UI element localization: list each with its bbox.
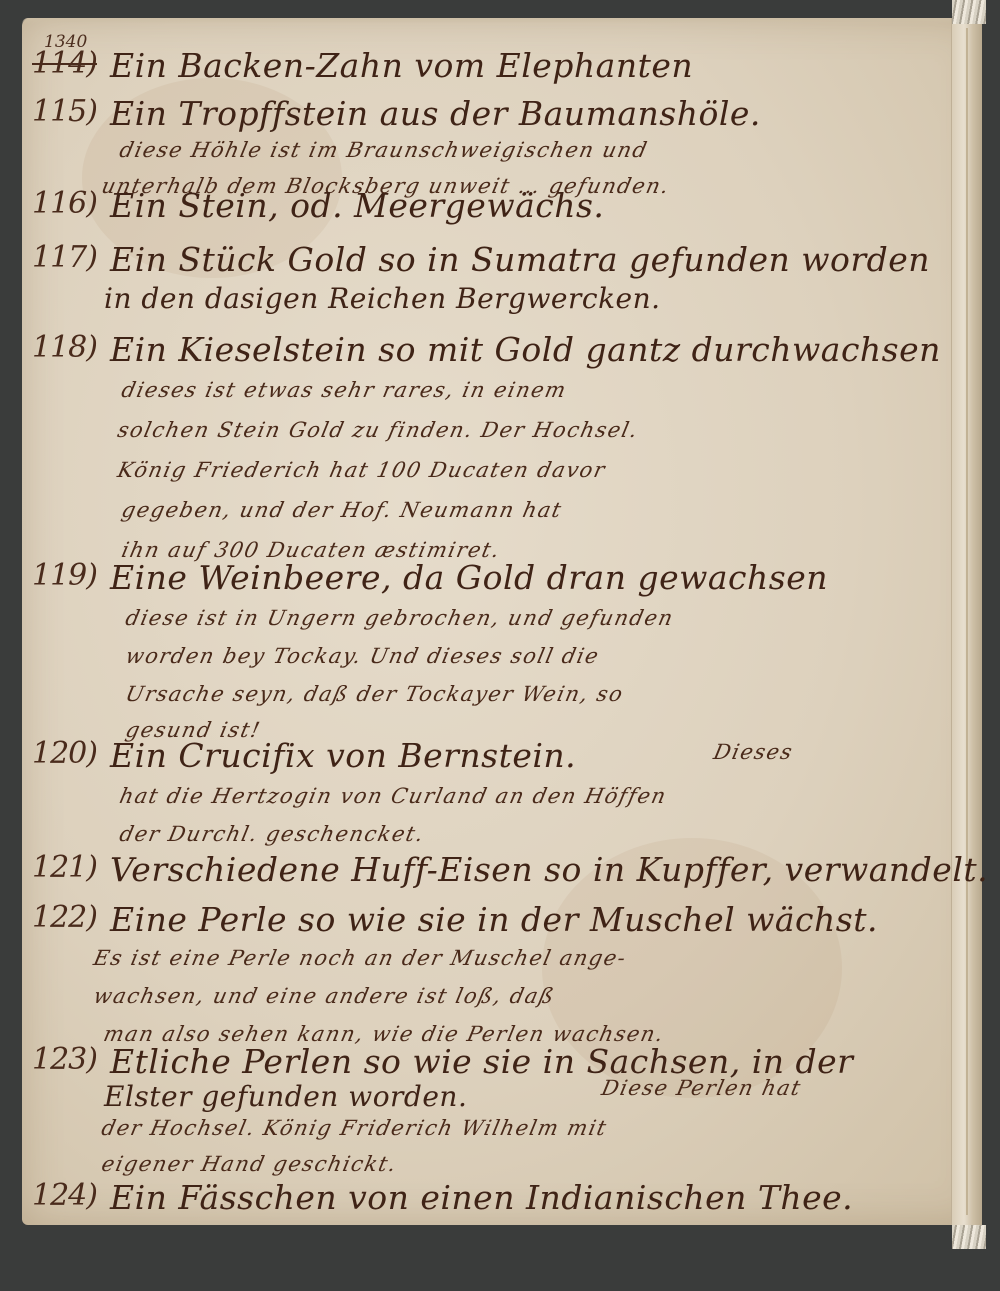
entry-note: diese Höhle ist im Braunschweigischen un…	[117, 138, 650, 162]
entry-number: 115)	[32, 94, 97, 129]
entry-number: 121)	[32, 850, 97, 885]
entry-number: 122)	[32, 900, 97, 935]
entry-note-suffix: Diese Perlen hat	[599, 1076, 803, 1100]
entry-note: König Friederich hat 100 Ducaten davor	[115, 458, 608, 482]
frayed-paper-top	[952, 0, 986, 24]
entry-number: 119)	[32, 558, 97, 593]
entry-note: der Durchl. geschencket.	[117, 822, 426, 846]
entry-note: diese ist in Ungern gebrochen, und gefun…	[123, 606, 676, 630]
entry-number: 116)	[32, 186, 97, 221]
entry-title: Ein Crucifix von Bernstein.	[110, 736, 576, 775]
entry-title: Eine Perle so wie sie in der Muschel wäc…	[110, 900, 878, 939]
entry-note: hat die Hertzogin von Curland an den Höf…	[117, 784, 669, 808]
entry-number: 118)	[32, 330, 97, 365]
entry-note: worden bey Tockay. Und dieses soll die	[123, 644, 601, 668]
entry-title: Ein Backen-Zahn vom Elephanten	[110, 46, 693, 85]
entry-title: Ein Fässchen von einen Indianischen Thee…	[110, 1178, 853, 1217]
entry-title: Verschiedene Huff-Eisen so in Kupffer, v…	[110, 850, 988, 889]
entry-number: 120)	[32, 736, 97, 771]
entry-title: Ein Stein, od. Meergewächs.	[110, 186, 604, 225]
entry-number: 114)	[32, 46, 97, 81]
entry-note-suffix: Dieses	[711, 740, 795, 764]
entry-title-line2: Elster gefunden worden.	[104, 1080, 467, 1113]
entry-note: dieses ist etwas sehr rares, in einem	[119, 378, 569, 402]
frayed-paper-bottom	[952, 1225, 986, 1249]
entry-note: Ursache seyn, daß der Tockayer Wein, so	[123, 682, 626, 706]
entry-number: 117)	[32, 240, 97, 275]
book-binding	[951, 18, 982, 1225]
manuscript-page: 1340 114) Ein Backen-Zahn vom Elephanten…	[22, 18, 982, 1225]
entry-note: Es ist eine Perle noch an der Muschel an…	[91, 946, 629, 970]
entry-note: der Hochsel. König Friderich Wilhelm mit	[99, 1116, 609, 1140]
entry-note: wachsen, und eine andere ist loß, daß	[91, 984, 557, 1008]
entry-title: Ein Kieselstein so mit Gold gantz durchw…	[110, 330, 941, 369]
entry-note: solchen Stein Gold zu finden. Der Hochse…	[115, 418, 640, 442]
binding-line	[966, 28, 968, 1215]
entry-note: eigener Hand geschickt.	[99, 1152, 399, 1176]
entry-title: Ein Tropffstein aus der Baumanshöle.	[110, 94, 761, 133]
entry-number: 123)	[32, 1042, 97, 1077]
entry-number: 124)	[32, 1178, 97, 1213]
entry-title: Ein Stück Gold so in Sumatra gefunden wo…	[110, 240, 930, 279]
entry-note: gegeben, und der Hof. Neumann hat	[119, 498, 564, 522]
entry-title: Eine Weinbeere, da Gold dran gewachsen	[110, 558, 828, 597]
entries-list: 1340 114) Ein Backen-Zahn vom Elephanten…	[22, 18, 952, 1225]
entry-note: in den dasigen Reichen Bergwercken.	[104, 282, 661, 315]
